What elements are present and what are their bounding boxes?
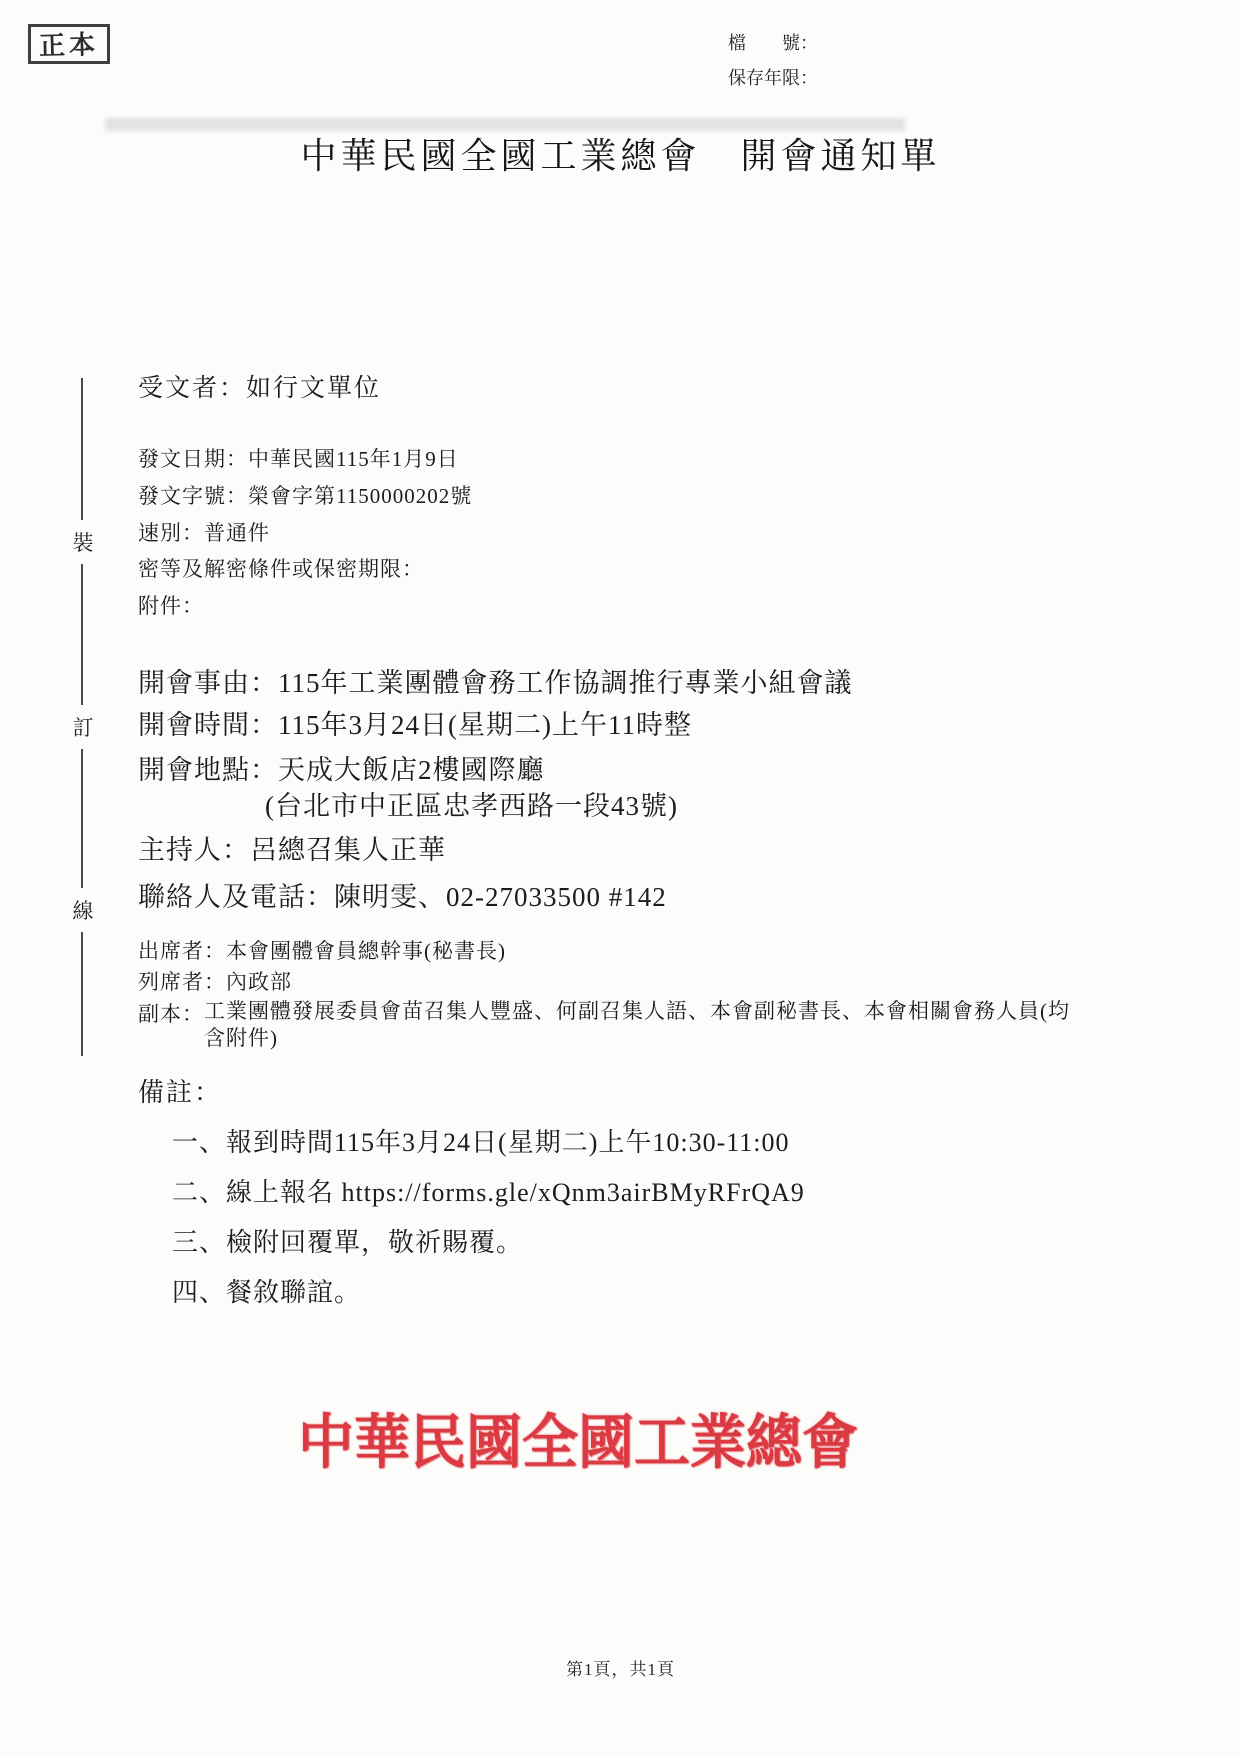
meeting-time-row: 開會時間：115年3月24日(星期二)上午11時整 [138,703,692,742]
attendee-row: 出席者：本會團體會員總幹事(秘書長) [138,935,506,965]
chairperson-label: 主持人： [138,835,250,865]
meeting-place-row: 開會地點：天成大飯店2樓國際廳 [138,748,545,787]
doc-number-label: 發文字號： [138,484,248,508]
cc-row: 副本： 工業團體發展委員會苗召集人豐盛、何副召集人語、本會副秘書長、本會相關會務… [138,998,1089,1052]
document-title: 中華民國全國工業總會 開會通知單 [0,128,1241,179]
meeting-subject-row: 開會事由：115年工業團體會務工作協調推行專業小組會議 [138,661,853,700]
meeting-time-value: 115年3月24日(星期二)上午11時整 [278,710,692,740]
priority-row: 速別：普通件 [138,517,270,547]
document-page: 正本 檔 號： 保存年限： 中華民國全國工業總會 開會通知單 裝 訂 線 受文者… [0,0,1241,1755]
classification-row: 密等及解密條件或保密期限： [138,553,424,583]
issue-date-label: 發文日期： [138,447,248,471]
binding-char-ding: 訂 [70,705,96,749]
attendee-value: 本會團體會員總幹事(秘書長) [226,939,506,963]
contact-row: 聯絡人及電話：陳明雯、02-27033500 #142 [138,875,667,914]
retention-period-label: 保存年限： [728,61,818,96]
attachment-row: 附件： [138,590,204,620]
binding-char-xian: 線 [70,888,96,932]
binding-line: 裝 訂 線 [81,378,83,1056]
remark-item-1: 一、報到時間115年3月24日(星期二)上午10:30-11:00 [172,1122,790,1159]
cc-label: 副本： [138,998,204,1052]
page-number: 第1頁，共1頁 [0,1655,1241,1680]
attachment-label: 附件： [138,594,204,618]
archive-header: 檔 號： 保存年限： [728,26,818,96]
original-copy-stamp: 正本 [28,24,110,64]
recipient-value: 如行文單位 [246,375,381,402]
observer-row: 列席者：內政部 [138,966,292,996]
meeting-place-value: 天成大飯店2樓國際廳 [278,755,545,785]
priority-value: 普通件 [204,521,270,545]
observer-label: 列席者： [138,970,226,994]
doc-number-row: 發文字號：榮會字第1150000202號 [138,480,472,510]
file-number-label: 檔 號： [728,26,818,61]
observer-value: 內政部 [226,970,292,994]
priority-label: 速別： [138,521,204,545]
recipient-row: 受文者：如行文單位 [138,368,381,404]
classification-label: 密等及解密條件或保密期限： [138,557,424,581]
issue-date-value: 中華民國115年1月9日 [248,447,459,471]
remark-item-4: 四、餐敘聯誼。 [172,1272,361,1309]
doc-number-value: 榮會字第1150000202號 [248,484,472,508]
attendee-label: 出席者： [138,939,226,963]
issue-date-row: 發文日期：中華民國115年1月9日 [138,443,459,473]
meeting-time-label: 開會時間： [138,710,278,740]
remarks-label: 備註： [138,1072,222,1109]
remark-item-3: 三、檢附回覆單，敬祈賜覆。 [172,1222,523,1259]
meeting-place-address: (台北市中正區忠孝西路一段43號) [265,784,678,823]
contact-value: 陳明雯、02-27033500 #142 [334,882,667,912]
organization-red-stamp: 中華民國全國工業總會 [298,1396,803,1481]
meeting-subject-value: 115年工業團體會務工作協調推行專業小組會議 [278,668,853,698]
chairperson-row: 主持人：呂總召集人正華 [138,828,446,867]
original-copy-stamp-text: 正本 [38,24,99,63]
recipient-label: 受文者： [138,375,246,402]
meeting-subject-label: 開會事由： [138,668,278,698]
contact-label: 聯絡人及電話： [138,882,334,912]
binding-char-zhuang: 裝 [70,520,96,564]
chairperson-value: 呂總召集人正華 [250,835,446,865]
remark-item-2: 二、線上報名 https://forms.gle/xQnm3airBMyRFrQ… [172,1172,805,1209]
meeting-place-label: 開會地點： [138,755,278,785]
cc-value: 工業團體發展委員會苗召集人豐盛、何副召集人語、本會副秘書長、本會相關會務人員(均… [204,998,1089,1052]
